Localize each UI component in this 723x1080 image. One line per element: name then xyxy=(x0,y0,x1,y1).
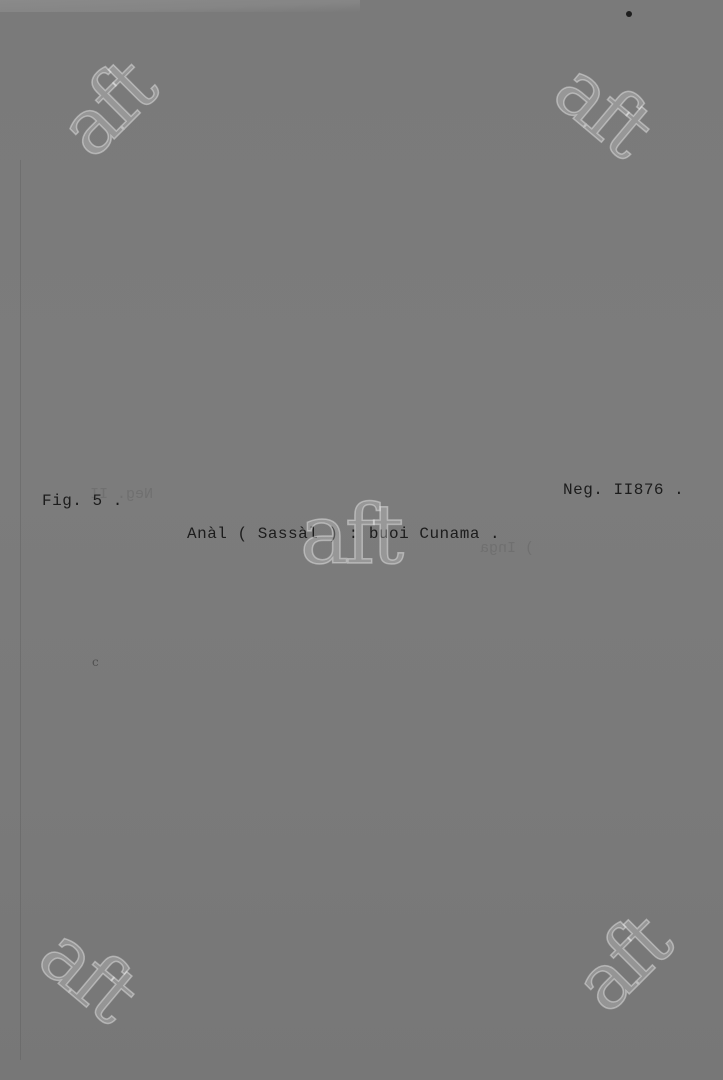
page-edge-strip xyxy=(0,0,360,12)
page-left-edge xyxy=(20,160,21,1060)
document-page: Neg. II ) Inga Fig. 5 . Neg. II876 . Anà… xyxy=(0,0,723,1080)
negative-number: Neg. II876 . xyxy=(563,481,684,499)
margin-mark: c xyxy=(92,655,99,669)
ink-speck xyxy=(626,11,632,17)
watermark-bottom-right: aft xyxy=(561,903,683,1025)
watermark-top-right: aft xyxy=(541,49,664,170)
watermark-top-left: aft xyxy=(46,48,168,170)
watermark-bottom-left: aft xyxy=(26,914,149,1035)
figure-label: Fig. 5 . xyxy=(42,492,123,510)
watermark-center: aft xyxy=(300,495,400,577)
